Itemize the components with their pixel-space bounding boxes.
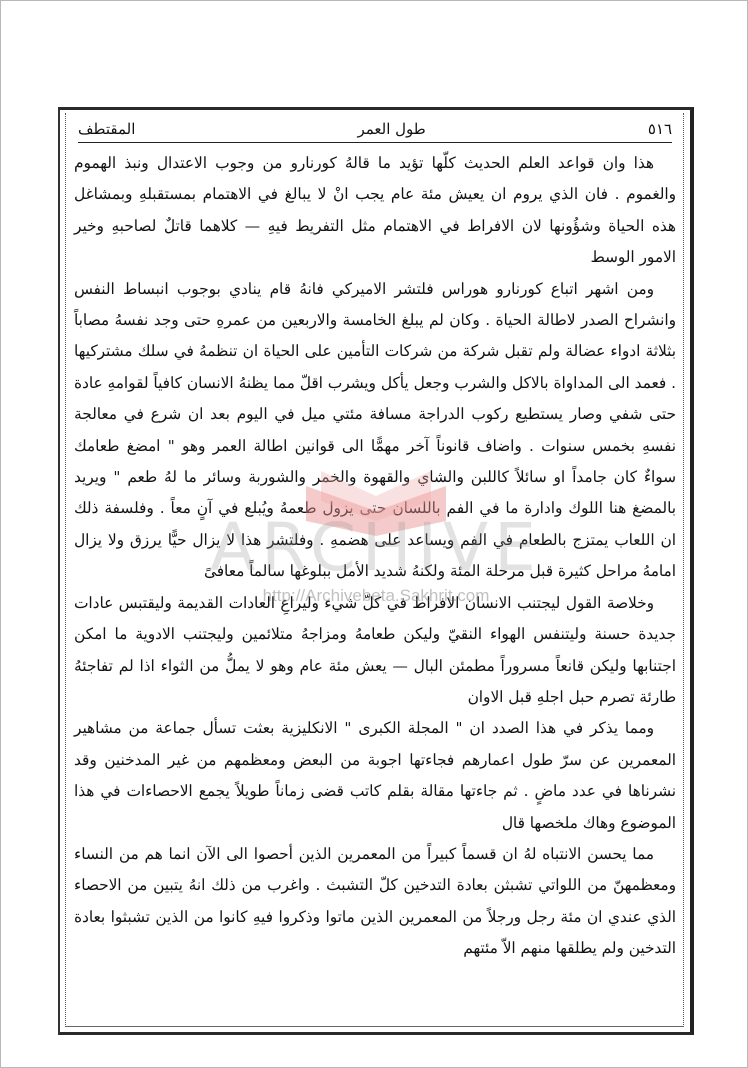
- paragraph: هذا وان قواعد العلم الحديث كلّها تؤيد ما…: [74, 148, 676, 274]
- article-title: طول العمر: [357, 120, 425, 138]
- paragraph: وخلاصة القول ليجتنب الانسان الافراط في ك…: [74, 588, 676, 714]
- paragraph: مما يحسن الانتباه لهُ ان قسماً كبيراً من…: [74, 839, 676, 965]
- header-divider: [78, 142, 672, 143]
- paragraph: ومما يذكر في هذا الصدد ان " المجلة الكبر…: [74, 713, 676, 839]
- journal-name: المقتطف: [78, 120, 135, 138]
- watermark-text: ARCHIVE: [161, 509, 591, 586]
- running-header: ٥١٦ طول العمر المقتطف: [78, 118, 672, 140]
- watermark-url: http://Archivebeta.Sakhrit.com: [241, 586, 511, 606]
- page-number: ٥١٦: [648, 120, 672, 138]
- scanned-page: ٥١٦ طول العمر المقتطف هذا وان قواعد العل…: [0, 0, 748, 1068]
